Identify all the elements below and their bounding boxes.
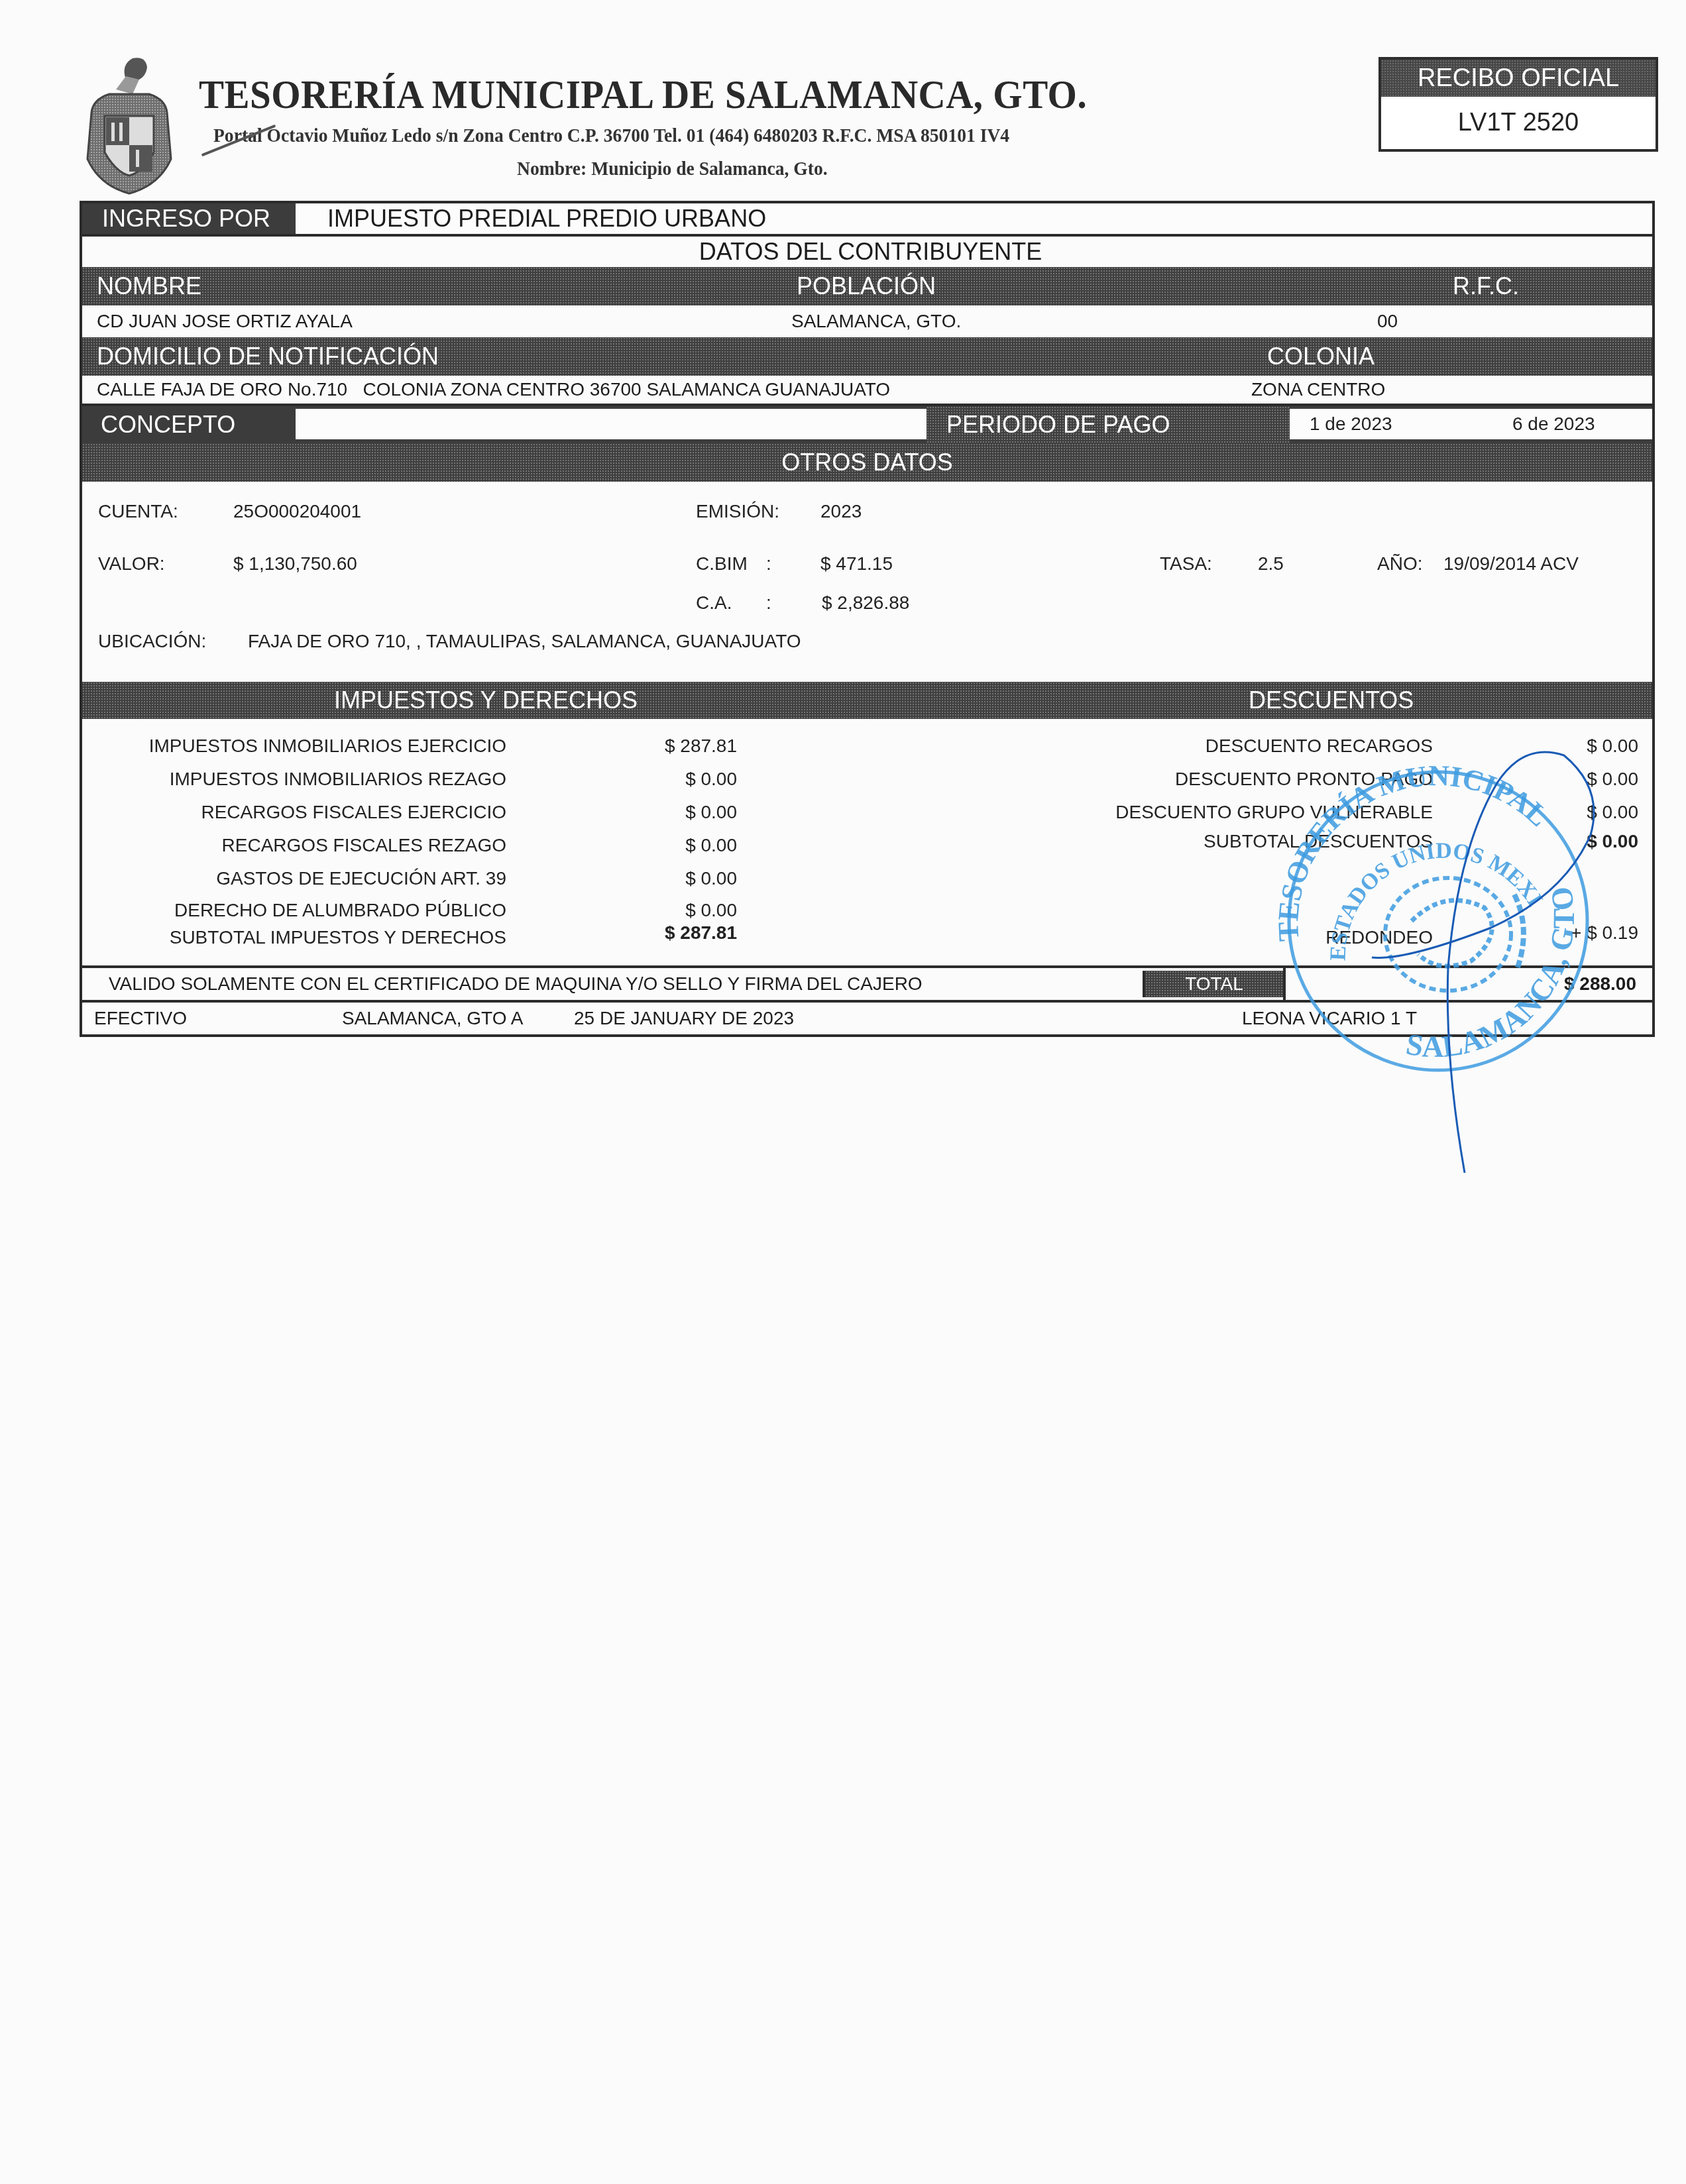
contribuyente-header-row: NOMBRE POBLACIÓN R.F.C. (82, 267, 1652, 305)
valor-label: VALOR: (98, 553, 165, 574)
ingreso-row: INGRESO POR IMPUESTO PREDIAL PREDIO URBA… (82, 203, 1652, 234)
ca-colon: : (766, 592, 771, 614)
impuesto-item-label: IMPUESTOS INMOBILIARIOS EJERCICIO (82, 736, 506, 757)
nombre-value: CD JUAN JOSE ORTIZ AYALA (97, 305, 353, 337)
contribuyente-values-row: CD JUAN JOSE ORTIZ AYALA SALAMANCA, GTO.… (82, 305, 1652, 337)
validez-note: VALIDO SOLAMENTE CON EL CERTIFICADO DE M… (109, 968, 923, 1000)
impuestos-title: IMPUESTOS Y DERECHOS (334, 682, 638, 719)
concepto-label: CONCEPTO (101, 406, 235, 443)
periodo-desde: 1 de 2023 (1310, 413, 1392, 435)
tasa-label: TASA: (1160, 553, 1212, 574)
poblacion-value: SALAMANCA, GTO. (791, 305, 961, 337)
redondeo-label: REDONDEO (944, 927, 1433, 948)
ingreso-label: INGRESO POR (82, 203, 296, 234)
ca-value: $ 2,826.88 (822, 592, 909, 614)
treasury-name: Nombre: Municipio de Salamanca, Gto. (517, 158, 828, 180)
cuenta-label: CUENTA: (98, 501, 178, 522)
descuento-item-label: DESCUENTO GRUPO VULNERABLE (944, 802, 1433, 823)
tasa-value: 2.5 (1258, 553, 1284, 574)
otros-datos-header-row: OTROS DATOS (82, 443, 1652, 482)
cajero: LEONA VICARIO 1 T (1242, 1003, 1417, 1034)
concepto-value (296, 409, 927, 439)
receipt-number: LV1T 2520 (1381, 97, 1656, 149)
rfc-header: R.F.C. (1453, 267, 1519, 305)
periodo-values: 1 de 2023 6 de 2023 (1290, 409, 1652, 439)
cuenta-value: 25O000204001 (233, 501, 361, 522)
domicilio-header-row: DOMICILIO DE NOTIFICACIÓN COLONIA (82, 337, 1652, 376)
coat-of-arms-icon (80, 53, 179, 195)
treasury-address: Portal Octavio Muñoz Ledo s/n Zona Centr… (213, 125, 1189, 147)
total-row: VALIDO SOLAMENTE CON EL CERTIFICADO DE M… (82, 968, 1652, 1000)
forma-pago: EFECTIVO (94, 1003, 187, 1034)
payment-row: EFECTIVO SALAMANCA, GTO A 25 DE JANUARY … (82, 1003, 1652, 1034)
anio-label: AÑO: (1377, 553, 1422, 574)
impuesto-item-amount: $ 0.00 (652, 769, 737, 790)
ingreso-value: IMPUESTO PREDIAL PREDIO URBANO (296, 203, 1652, 234)
concepto-row: CONCEPTO PERIODO DE PAGO 1 de 2023 6 de … (82, 406, 1652, 443)
ubicacion-label: UBICACIÓN: (98, 631, 206, 652)
anio-value: 19/09/2014 ACV (1443, 553, 1579, 574)
total-label: TOTAL (1143, 971, 1283, 997)
ca-label: C.A. (696, 592, 732, 614)
descuento-item-amount: $ 0.00 (1514, 802, 1638, 823)
domicilio-header: DOMICILIO DE NOTIFICACIÓN (97, 337, 439, 376)
impuestos-subtotal-label: SUBTOTAL IMPUESTOS Y DERECHOS (82, 927, 506, 948)
impuestos-subtotal-amount: $ 287.81 (652, 922, 737, 944)
impuesto-item-label: GASTOS DE EJECUCIÓN ART. 39 (82, 868, 506, 889)
impuesto-item-label: DERECHO DE ALUMBRADO PÚBLICO (82, 900, 506, 921)
periodo-label: PERIODO DE PAGO (927, 406, 1290, 443)
descuento-item-amount: $ 0.00 (1514, 769, 1638, 790)
descuentos-title: DESCUENTOS (1249, 682, 1414, 719)
impuesto-item-label: IMPUESTOS INMOBILIARIOS REZAGO (82, 769, 506, 790)
receipt-label: RECIBO OFICIAL (1381, 60, 1656, 97)
total-amount: $ 288.00 (1283, 968, 1636, 1000)
colonia-value: ZONA CENTRO (1251, 376, 1385, 404)
official-receipt-box: RECIBO OFICIAL LV1T 2520 (1378, 57, 1658, 152)
valor-value: $ 1,130,750.60 (233, 553, 357, 574)
contribuyente-section-title: DATOS DEL CONTRIBUYENTE (82, 237, 1652, 267)
impuesto-item-amount: $ 0.00 (652, 835, 737, 856)
domicilio-value: CALLE FAJA DE ORO No.710 COLONIA ZONA CE… (97, 376, 890, 404)
impuesto-item-amount: $ 0.00 (652, 802, 737, 823)
treasury-title: TESORERÍA MUNICIPAL DE SALAMANCA, GTO. (199, 72, 1174, 119)
poblacion-header: POBLACIÓN (797, 267, 936, 305)
emision-value: 2023 (820, 501, 862, 522)
descuentos-subtotal-label: SUBTOTAL DESCUENTOS (944, 831, 1433, 852)
contribuyente-title-row: DATOS DEL CONTRIBUYENTE (82, 237, 1652, 267)
fecha: 25 DE JANUARY DE 2023 (574, 1003, 794, 1034)
impuesto-item-amount: $ 0.00 (652, 868, 737, 889)
impuesto-item-amount: $ 287.81 (652, 736, 737, 757)
impuesto-item-label: RECARGOS FISCALES EJERCICIO (82, 802, 506, 823)
redondeo-amount: + $ 0.19 (1514, 922, 1638, 944)
emision-label: EMISIÓN: (696, 501, 779, 522)
descuentos-subtotal-amount: $ 0.00 (1514, 831, 1638, 852)
descuento-item-label: DESCUENTO RECARGOS (944, 736, 1433, 757)
ubicacion-value: FAJA DE ORO 710, , TAMAULIPAS, SALAMANCA… (248, 631, 801, 652)
nombre-header: NOMBRE (97, 267, 201, 305)
lugar: SALAMANCA, GTO A (342, 1003, 523, 1034)
cbim-value: $ 471.15 (820, 553, 893, 574)
otros-datos-title: OTROS DATOS (82, 443, 1652, 482)
descuento-item-amount: $ 0.00 (1514, 736, 1638, 757)
domicilio-values-row: CALLE FAJA DE ORO No.710 COLONIA ZONA CE… (82, 376, 1652, 404)
descuento-item-label: DESCUENTO PRONTO PAGO (944, 769, 1433, 790)
impuesto-item-amount: $ 0.00 (652, 900, 737, 921)
colonia-header: COLONIA (1267, 337, 1375, 376)
impuesto-item-label: RECARGOS FISCALES REZAGO (82, 835, 506, 856)
cbim-colon: : (766, 553, 771, 574)
impuestos-descuentos-header-row: IMPUESTOS Y DERECHOS DESCUENTOS (82, 682, 1652, 719)
cbim-label: C.BIM (696, 553, 748, 574)
receipt-form: INGRESO POR IMPUESTO PREDIAL PREDIO URBA… (80, 201, 1655, 1037)
rfc-value: 00 (1377, 305, 1398, 337)
periodo-hasta: 6 de 2023 (1512, 413, 1595, 435)
